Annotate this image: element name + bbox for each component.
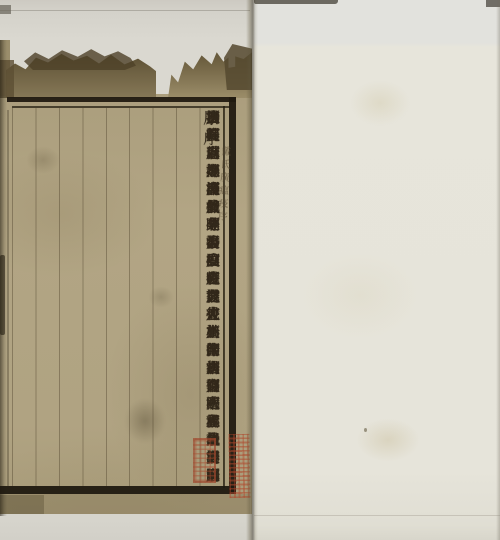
spine-shadow [0,255,5,335]
collector-seal-inner [193,438,216,483]
paper-speck [364,428,367,432]
frame-border-top [7,97,236,102]
page-top-edge-shadow [254,0,338,4]
book-scan: 原序 瘟疫一症歷代明哲具有成方如仲景有大青龍湯陽 旦湯越婢湯黄芩湯白虎湯大小柴胡… [0,0,500,540]
page-right-edge [496,0,500,540]
paper-crease [254,515,500,516]
paper-stain [124,398,166,444]
paper-stain [356,418,420,462]
mount-crease [0,10,250,11]
paper-stain [148,286,174,308]
page-gutter [246,0,258,540]
paper-stain [26,146,60,174]
frame-border-bottom [0,486,236,494]
paper-stain [350,80,410,126]
frame-border-left-remnant [7,110,9,486]
paper-stain [300,250,420,340]
